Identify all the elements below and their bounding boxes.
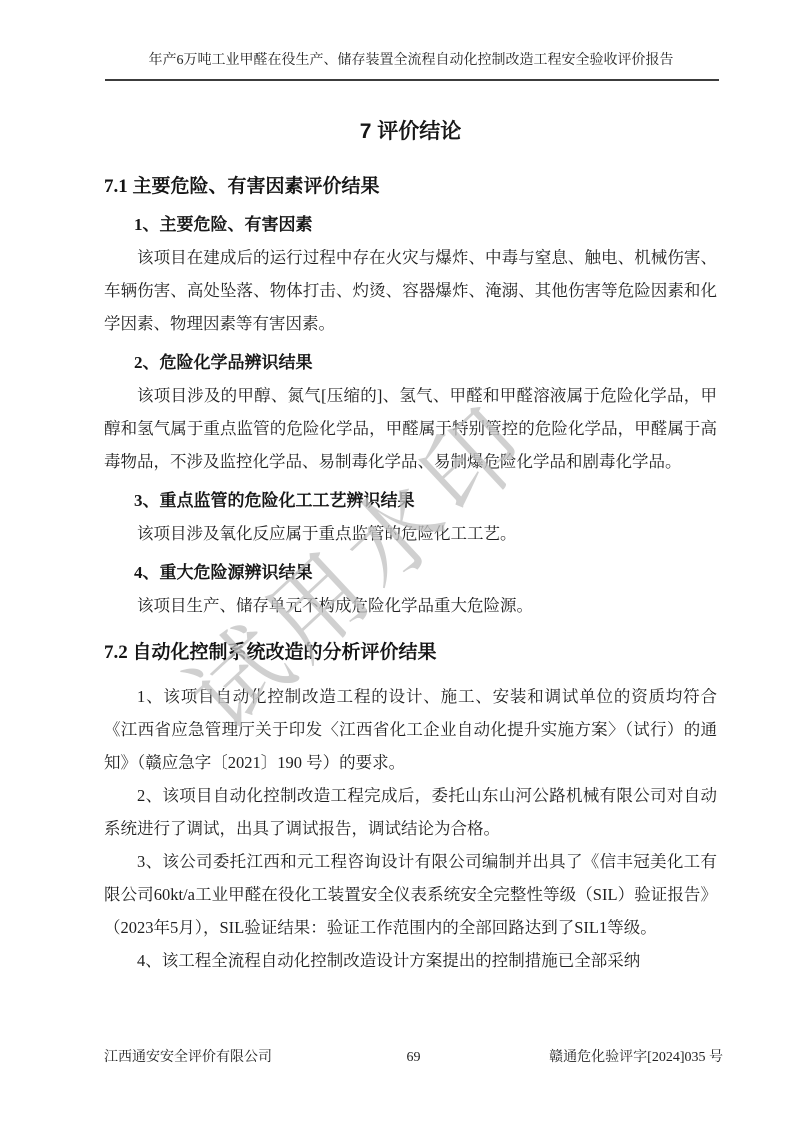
page-content: 7 评价结论 7.1 主要危险、有害因素评价结果 1、主要危险、有害因素 该项目… — [104, 80, 717, 977]
paragraph-hazardous-chemicals: 该项目涉及的甲醇、氮气[压缩的]、氢气、甲醛和甲醛溶液属于危险化学品，甲醇和氢气… — [104, 379, 717, 478]
page-footer: 江西通安安全评价有限公司 69 赣通危化验评字[2024]035 号 — [104, 1048, 723, 1068]
paragraph-hazard-factors: 该项目在建成后的运行过程中存在火灾与爆炸、中毒与窒息、触电、机械伤害、车辆伤害、… — [104, 241, 717, 340]
chapter-title: 7 评价结论 — [104, 118, 717, 146]
footer-doc-number: 赣通危化验评字[2024]035 号 — [549, 1048, 723, 1068]
paragraph-commissioning: 2、该项目自动化控制改造工程完成后，委托山东山河公路机械有限公司对自动系统进行了… — [104, 779, 717, 845]
paragraph-major-hazard-source: 该项目生产、储存单元不构成危险化学品重大危险源。 — [104, 589, 717, 622]
subheading-1: 1、主要危险、有害因素 — [104, 208, 717, 241]
report-page: 年产6万吨工业甲醛在役生产、储存装置全流程自动化控制改造工程安全验收评价报告 7… — [0, 0, 793, 1122]
paragraph-sil-verification: 3、该公司委托江西和元工程咨询设计有限公司编制并出具了《信丰冠美化工有限公司60… — [104, 845, 717, 944]
paragraph-control-measures: 4、该工程全流程自动化控制改造设计方案提出的控制措施已全部采纳 — [104, 944, 717, 977]
running-header: 年产6万吨工业甲醛在役生产、储存装置全流程自动化控制改造工程安全验收评价报告 — [104, 51, 718, 71]
footer-company: 江西通安安全评价有限公司 — [104, 1048, 272, 1068]
subheading-3: 3、重点监管的危险化工工艺辨识结果 — [104, 484, 717, 517]
section-7-2-heading: 7.2 自动化控制系统改造的分析评价结果 — [104, 638, 717, 668]
subheading-4: 4、重大危险源辨识结果 — [104, 556, 717, 589]
paragraph-supervised-process: 该项目涉及氧化反应属于重点监管的危险化工工艺。 — [104, 517, 717, 550]
footer-page-number: 69 — [407, 1048, 421, 1068]
paragraph-qualification: 1、该项目自动化控制改造工程的设计、施工、安装和调试单位的资质均符合《江西省应急… — [104, 680, 717, 779]
section-7-1-heading: 7.1 主要危险、有害因素评价结果 — [104, 172, 717, 202]
subheading-2: 2、危险化学品辨识结果 — [104, 346, 717, 379]
